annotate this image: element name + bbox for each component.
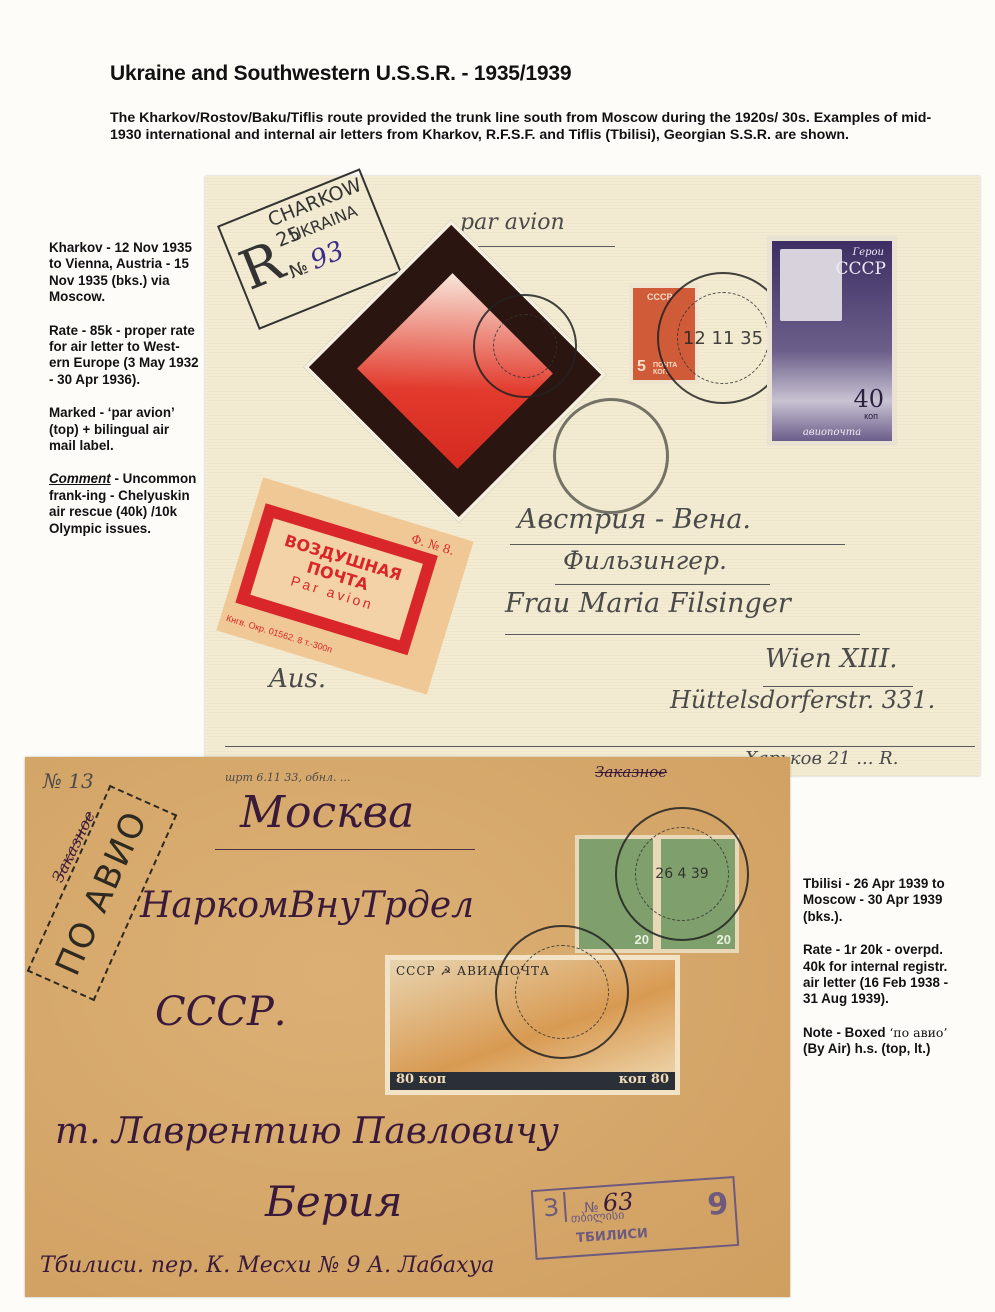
postmark-kharkov	[473, 294, 577, 398]
registration-label-tbilisi: З № 63 თბილისი ТБИЛИСИ 9	[531, 1176, 739, 1260]
right-note: Note - Boxed ‘по авио’ (By Air) h.s. (to…	[803, 1025, 963, 1058]
sender-address: Тбилиси. пер. К. Месхи № 9 А. Лабахуа	[40, 1253, 494, 1278]
stamp-portrait	[780, 249, 842, 321]
address-line-1: Австрия - Вена.	[517, 504, 751, 535]
right-rate: Rate - 1r 20k - overpd. 40k for internal…	[803, 942, 963, 1008]
address-line-2: Фильзингер.	[563, 546, 727, 575]
postmark-tbilisi-2	[495, 925, 629, 1059]
pencil-note: шрт 6.11 33, обнл. ...	[225, 771, 350, 784]
address-line-5: Hüttelsdorferstr. 331.	[670, 686, 935, 714]
address-beria: Берия	[265, 1177, 402, 1226]
left-route: Kharkov - 12 Nov 1935 to Vienna, Austria…	[49, 240, 199, 306]
cover-kharkov-vienna: R CHARKOW 25 UKRAINA № 93 par avion СССР…	[205, 176, 980, 776]
left-comment: Comment - Uncommon frank-ing - Chelyuski…	[49, 471, 199, 537]
stamp-40-kop-chelyuskin: Герои СССР 40 коп авиопочта	[767, 236, 897, 446]
address-line-4: Wien XIII.	[765, 644, 898, 674]
struck-zakaznoe: Заказное	[595, 763, 667, 781]
address-sssr: СССР.	[155, 989, 286, 1035]
cover-tbilisi-moscow: № 13 Заказное ПО АВИО шрт 6.11 33, обнл.…	[25, 757, 790, 1297]
postmark-smudged	[553, 398, 669, 514]
right-route: Tbilisi - 26 Apr 1939 to Moscow - 30 Apr…	[803, 876, 963, 925]
number-13-inscription: № 13	[43, 769, 94, 793]
registration-city: CHARKOW 25	[265, 173, 376, 252]
comment-label: Comment	[49, 471, 111, 486]
address-line-3: Frau Maria Filsinger	[505, 588, 791, 619]
left-marked: Marked - ‘par avion’ (top) + bilingual a…	[49, 405, 199, 454]
address-lavrentiy: т. Лаврентию Павловичу	[55, 1111, 559, 1152]
address-narkomvnudel: НаркомВнуТрдел	[140, 885, 474, 926]
left-description: Kharkov - 12 Nov 1935 to Vienna, Austria…	[49, 240, 199, 554]
address-moskva: Москва	[240, 787, 414, 838]
left-rate: Rate - 85k - proper rate for air letter …	[49, 323, 199, 389]
intro-paragraph: The Kharkov/Rostov/Baku/Tiflis route pro…	[110, 110, 940, 144]
page-title: Ukraine and Southwestern U.S.S.R. - 1935…	[110, 62, 571, 86]
airmail-label: Ф. № 8. ВОЗДУШНАЯ ПОЧТА Par avion Кнгв. …	[216, 477, 473, 694]
par-avion-inscription: par avion	[460, 210, 565, 235]
right-description: Tbilisi - 26 Apr 1939 to Moscow - 30 Apr…	[803, 876, 963, 1075]
aus-inscription: Aus.	[269, 664, 326, 694]
postmark-tbilisi-1: 26 4 39	[615, 807, 749, 941]
